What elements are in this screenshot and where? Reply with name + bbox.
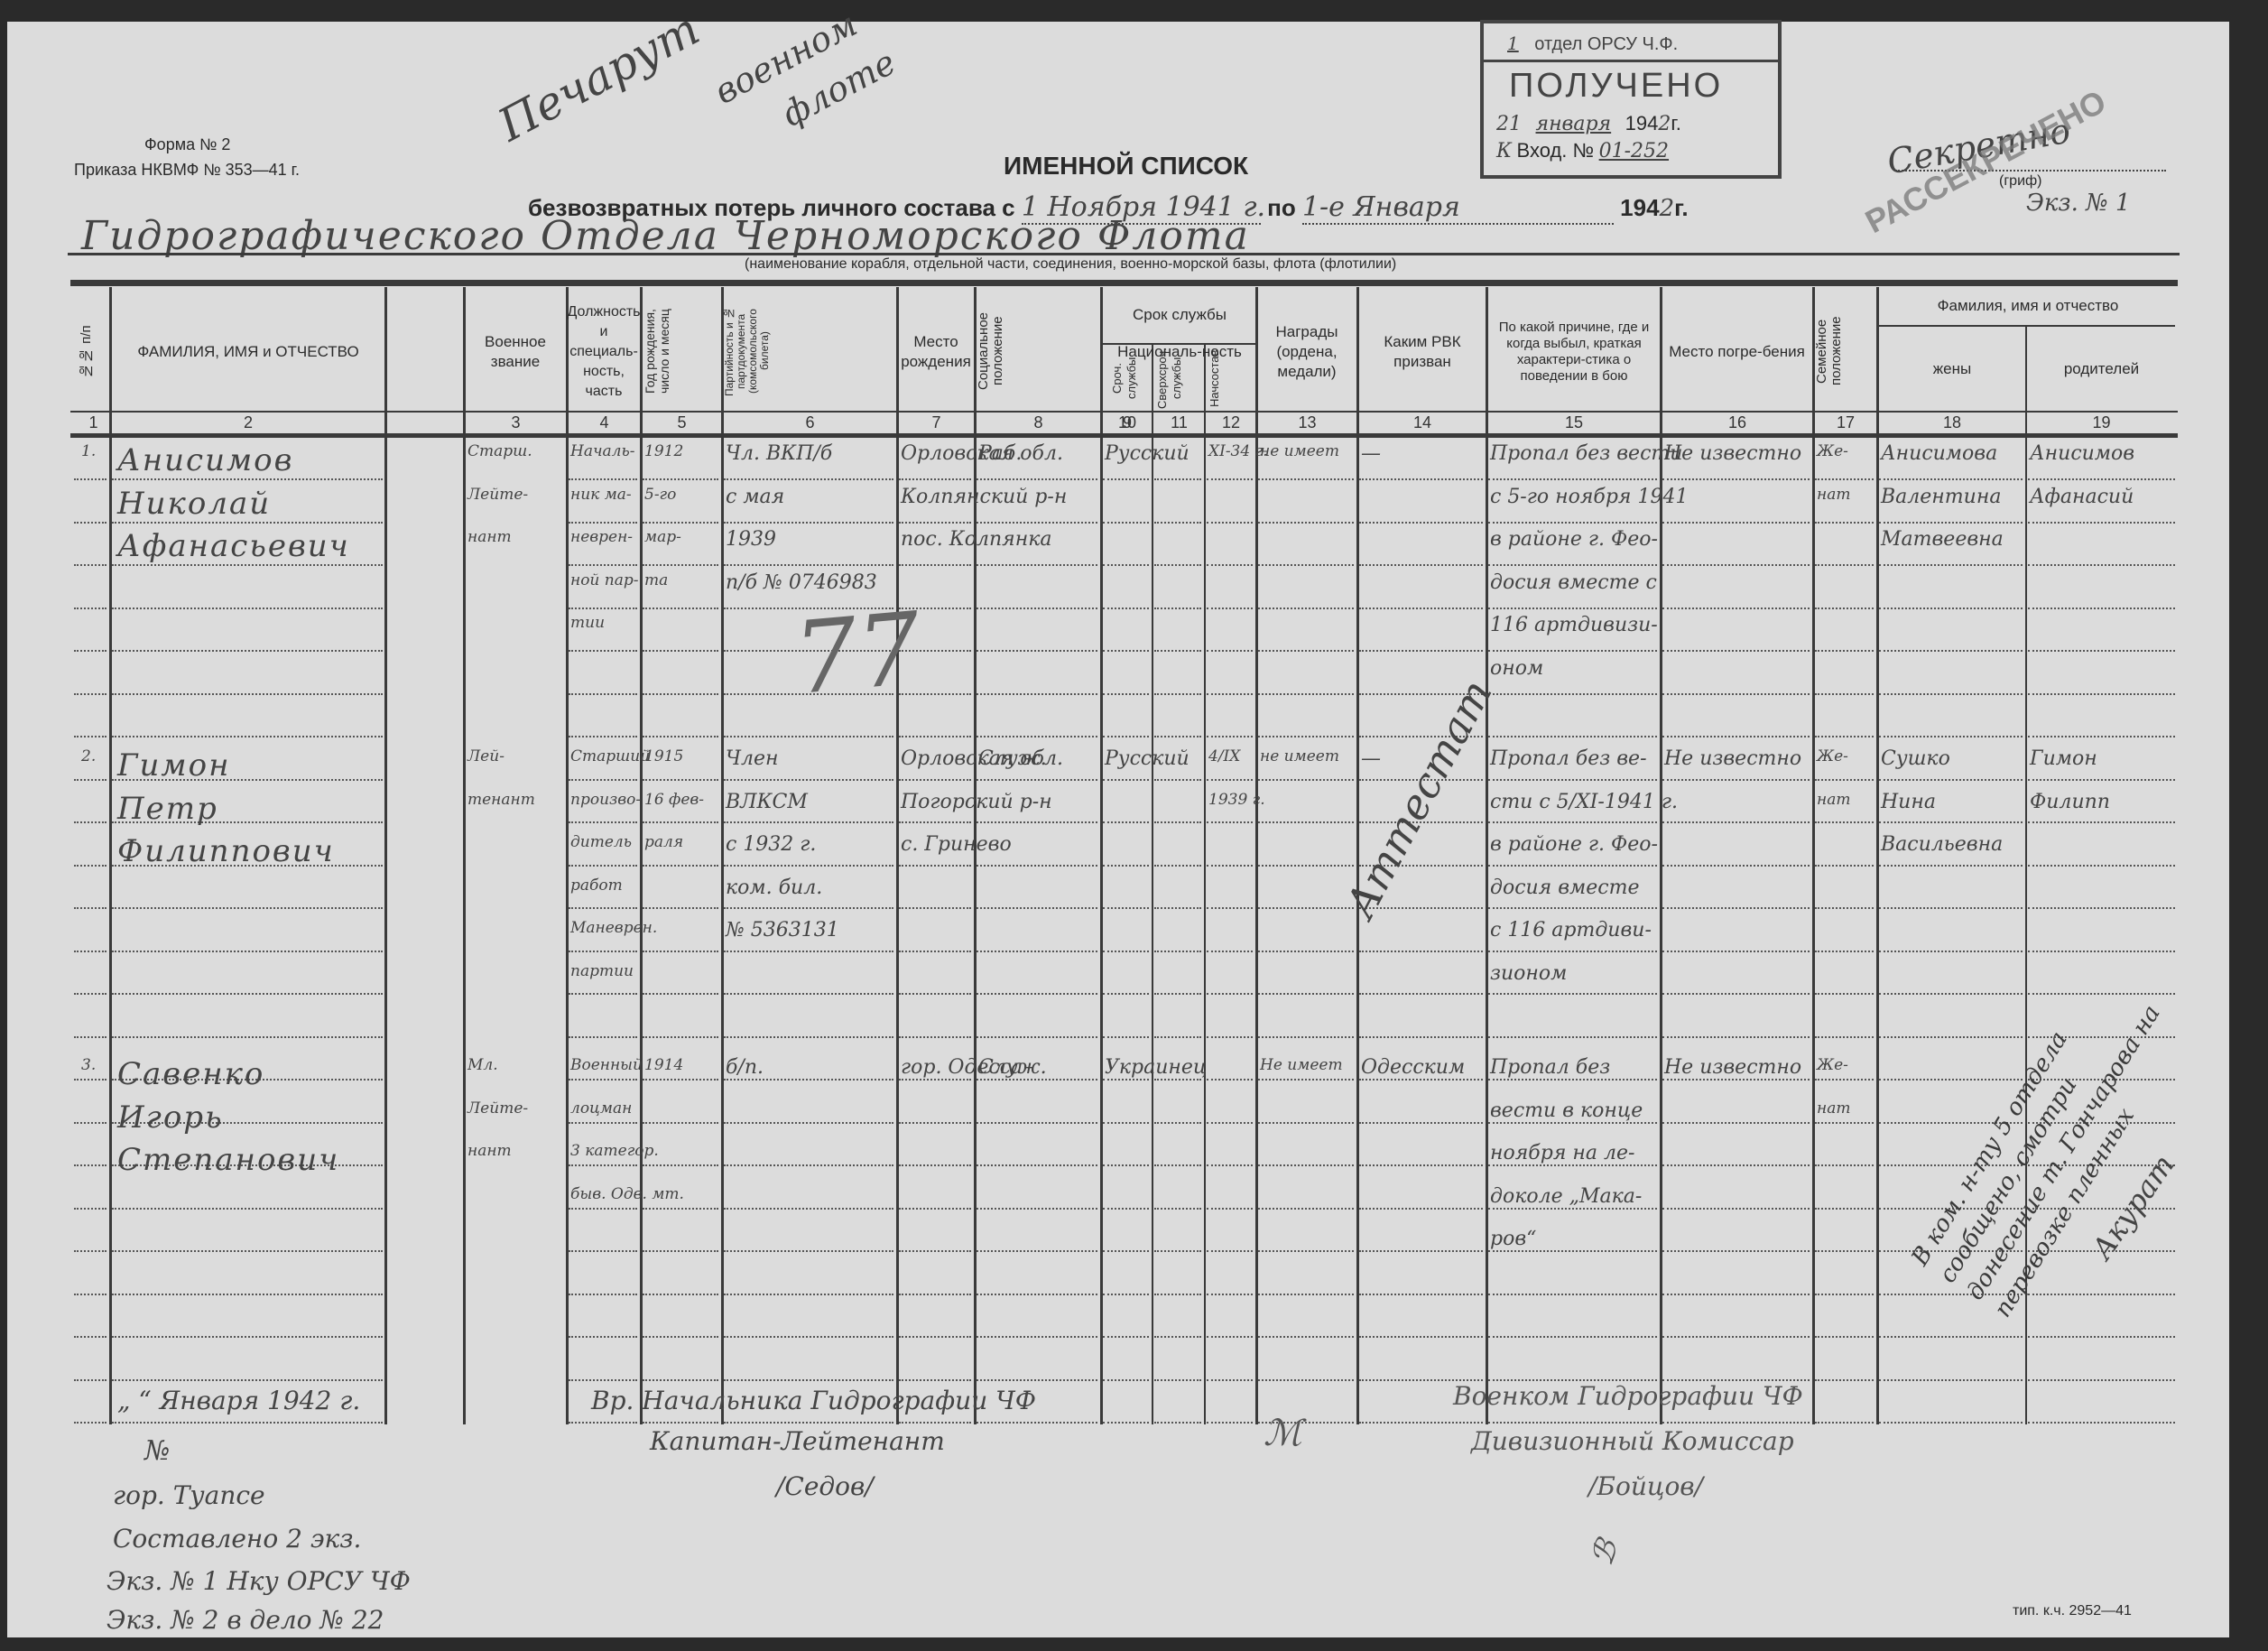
ruled-line — [569, 1336, 637, 1340]
page-title: ИМЕННОЙ СПИСОК — [1004, 152, 1248, 181]
ruled-line — [1815, 650, 1874, 654]
ruled-line — [724, 1294, 893, 1297]
ruled-line — [1879, 1379, 2023, 1383]
cell-position: тии — [570, 614, 605, 632]
ruled-line — [977, 1294, 1097, 1297]
ruled-line — [899, 1336, 971, 1340]
ruled-line — [1815, 907, 1874, 911]
ruled-line — [569, 1036, 637, 1040]
cell-rvk: — — [1361, 442, 1381, 465]
ruled-line — [112, 1036, 383, 1040]
ruled-line — [1815, 1422, 1874, 1425]
ruled-line — [899, 736, 971, 739]
stamp-year: 194 — [1625, 112, 1659, 134]
footer-copy-1: Экз. № 1 Нку ОРСУ ЧФ — [106, 1566, 411, 1596]
ruled-line — [1488, 1336, 1657, 1340]
ruled-line — [1359, 951, 1483, 954]
ruled-line — [1488, 1250, 1657, 1254]
signer1-title: Вр. Начальника Гидрографии ЧФ — [591, 1386, 1036, 1415]
col-num: 19 — [2028, 413, 2175, 433]
ruled-line — [1488, 1079, 1657, 1082]
ruled-line — [1662, 821, 1810, 825]
ruled-line — [1815, 478, 1874, 482]
ruled-line — [1154, 693, 1201, 697]
ruled-line — [724, 779, 893, 783]
ruled-line — [724, 1122, 893, 1126]
ruled-line — [899, 865, 971, 868]
ruled-line — [1662, 564, 1810, 568]
signer1-signature: ℳ — [1264, 1413, 1302, 1454]
ruled-line — [112, 478, 383, 482]
cell-family-status: нат — [1817, 791, 1850, 809]
cell-position: ной пар- — [570, 571, 639, 589]
ruled-line — [1103, 564, 1149, 568]
ruled-line — [1662, 478, 1810, 482]
ruled-line — [977, 779, 1097, 783]
ruled-line — [1662, 650, 1810, 654]
cell-rank: Мл. — [467, 1056, 498, 1074]
cell-wife: Анисимова — [1881, 442, 1997, 465]
ruled-line — [977, 1079, 1097, 1082]
ruled-line — [643, 907, 718, 911]
ruled-line — [977, 993, 1097, 997]
ruled-line — [1258, 478, 1354, 482]
ruled-line — [1207, 993, 1253, 997]
ruled-line — [899, 779, 971, 783]
header-family-group: Фамилия, имя и отчество — [1879, 289, 2177, 323]
ruled-line — [977, 608, 1097, 611]
cell-reason: ров“ — [1490, 1228, 1536, 1250]
cell-position: Военный — [570, 1056, 643, 1074]
col-num: 16 — [1662, 413, 1812, 433]
ruled-line — [1154, 522, 1201, 525]
ruled-line — [1488, 779, 1657, 783]
ruled-line — [1154, 1208, 1201, 1211]
ruled-line — [1488, 693, 1657, 697]
header-col-2: ФАМИЛИЯ, ИМЯ и ОТЧЕСТВО — [113, 298, 384, 406]
ruled-line — [1103, 478, 1149, 482]
ruled-line — [569, 865, 637, 868]
ruled-line — [1879, 821, 2023, 825]
ruled-line — [1488, 951, 1657, 954]
ruled-line — [1154, 1379, 1201, 1383]
ruled-line — [643, 1164, 718, 1168]
ruled-line — [569, 907, 637, 911]
signer2-rank: Дивизионный Комиссар — [1471, 1426, 1794, 1456]
to-label: по — [1267, 194, 1296, 221]
ruled-line — [1879, 1036, 2023, 1040]
ruled-line — [2028, 608, 2175, 611]
unit-underline — [68, 253, 2180, 255]
ruled-line — [724, 478, 893, 482]
ruled-line — [112, 1336, 383, 1340]
ruled-line — [899, 821, 971, 825]
ruled-line — [899, 1422, 971, 1425]
cell-awards: Не имеет — [1260, 1056, 1343, 1074]
ruled-line — [1207, 951, 1253, 954]
cell-wife: Нина — [1881, 791, 1936, 813]
ruled-line — [2028, 1294, 2175, 1297]
stamp-department: отдел ОРСУ Ч.Ф. — [1534, 34, 1678, 54]
ruled-line — [1207, 1422, 1253, 1425]
ruled-line — [977, 478, 1097, 482]
cell-rvk: Одесским — [1361, 1056, 1465, 1079]
ruled-line — [74, 951, 106, 954]
cell-reason: зионом — [1490, 962, 1567, 985]
col-num: 14 — [1359, 413, 1486, 433]
ruled-line — [1103, 1122, 1149, 1126]
ruled-line — [2028, 1379, 2175, 1383]
ruled-line — [1103, 779, 1149, 783]
header-col-16: Место погре-бения — [1662, 298, 1811, 406]
col-num: 4 — [569, 413, 640, 433]
ruled-line — [1879, 478, 2023, 482]
col-num: 7 — [899, 413, 974, 433]
ruled-line — [1815, 608, 1874, 611]
ruled-line — [1154, 1294, 1201, 1297]
ruled-line — [977, 1036, 1097, 1040]
cell-reason: вести в конце — [1490, 1099, 1643, 1122]
cell-parents: Афанасий — [2030, 486, 2134, 508]
ruled-line — [1815, 951, 1874, 954]
ruled-line — [1879, 779, 2023, 783]
ruled-line — [1815, 1079, 1874, 1082]
ruled-line — [977, 1208, 1097, 1211]
ruled-line — [1488, 608, 1657, 611]
ruled-line — [1815, 564, 1874, 568]
ruled-line — [977, 1379, 1097, 1383]
col-num: 10 — [1103, 413, 1152, 433]
ruled-line — [1359, 478, 1483, 482]
cell-party: ВЛКСМ — [726, 791, 808, 813]
ruled-line — [1359, 1422, 1483, 1425]
ruled-line — [569, 1379, 637, 1383]
ruled-line — [1815, 693, 1874, 697]
signer1-rank: Капитан-Лейтенант — [650, 1426, 945, 1456]
ruled-line — [1258, 1036, 1354, 1040]
ruled-line — [2028, 650, 2175, 654]
ruled-line — [1359, 1208, 1483, 1211]
ruled-line — [1207, 821, 1253, 825]
cell-birthplace: пос. Колпянка — [901, 528, 1051, 551]
ruled-line — [643, 1250, 718, 1254]
ruled-line — [1103, 1208, 1149, 1211]
header-col-18: жены — [1879, 329, 2025, 409]
form-number: Форма № 2 — [144, 135, 230, 154]
cell-rank: тенант — [467, 791, 535, 809]
ruled-line — [1258, 1250, 1354, 1254]
ruled-line — [1815, 522, 1874, 525]
ruled-line — [977, 564, 1097, 568]
ruled-line — [74, 608, 106, 611]
ruled-line — [569, 608, 637, 611]
ruled-line — [1258, 522, 1354, 525]
cell-wife: Васильевна — [1881, 833, 2003, 856]
ruled-line — [977, 693, 1097, 697]
print-mark: тип. к.ч. 2952—41 — [2013, 1603, 2132, 1619]
ruled-line — [1258, 1294, 1354, 1297]
ruled-line — [74, 1379, 106, 1383]
ruled-line — [1815, 1036, 1874, 1040]
ruled-line — [1815, 1164, 1874, 1168]
cell-reason: ноября на ле- — [1490, 1142, 1634, 1164]
cell-party: 1939 — [726, 528, 776, 551]
cell-birth: мар- — [644, 528, 681, 546]
cell-birthplace: с. Гринево — [901, 833, 1012, 856]
col-num: 5 — [643, 413, 721, 433]
cell-parents: Филипп — [2030, 791, 2110, 813]
cell-nationality: Украинец — [1105, 1056, 1207, 1079]
ruled-line — [74, 993, 106, 997]
cell-nachsostav: 1939 г. — [1208, 791, 1265, 809]
ruled-line — [1207, 650, 1253, 654]
ruled-line — [1662, 1036, 1810, 1040]
ruled-line — [643, 1422, 718, 1425]
ruled-line — [1258, 907, 1354, 911]
ruled-line — [643, 1036, 718, 1040]
ruled-line — [1488, 564, 1657, 568]
ruled-line — [977, 1164, 1097, 1168]
cell-wife: Валентина — [1881, 486, 2001, 508]
cell-name: Игорь — [117, 1099, 224, 1136]
cell-birth: 5-го — [644, 486, 676, 504]
ruled-line — [1154, 1336, 1201, 1340]
ruled-line — [1662, 1164, 1810, 1168]
ruled-line — [899, 1379, 971, 1383]
cell-social: Служ. — [978, 1056, 1047, 1079]
ruled-line — [74, 1294, 106, 1297]
ruled-line — [112, 736, 383, 739]
ruled-line — [112, 1250, 383, 1254]
cell-nachsostav: 4/IX — [1208, 747, 1240, 765]
cell-birth: 1912 — [644, 442, 683, 460]
ruled-line — [569, 650, 637, 654]
header-col-17: Семейное положение — [1815, 293, 1875, 409]
cell-wife: Матвеевна — [1881, 528, 2004, 551]
ruled-line — [112, 522, 383, 525]
cell-birth: раля — [644, 833, 683, 851]
header-col-19: родителей — [2028, 329, 2175, 409]
ruled-line — [1154, 779, 1201, 783]
header-col-3: Военное звание — [466, 298, 565, 406]
ruled-line — [724, 1164, 893, 1168]
ruled-line — [977, 907, 1097, 911]
cell-name: Филиппович — [117, 833, 335, 869]
col-num: 8 — [977, 413, 1100, 433]
ruled-line — [1359, 1336, 1483, 1340]
ruled-line — [112, 1422, 383, 1425]
cell-num: 3. — [81, 1056, 96, 1074]
ruled-line — [977, 821, 1097, 825]
ruled-line — [1258, 1122, 1354, 1126]
ruled-line — [569, 1122, 637, 1126]
cell-position: лоцман — [570, 1099, 632, 1118]
signer1-name: /Седов/ — [776, 1471, 874, 1501]
cell-name: Анисимов — [117, 442, 293, 478]
cell-party: № 5363131 — [726, 919, 839, 941]
ruled-line — [1103, 1036, 1149, 1040]
ruled-line — [899, 951, 971, 954]
ruled-line — [74, 779, 106, 783]
ruled-line — [1207, 907, 1253, 911]
ruled-line — [1258, 1336, 1354, 1340]
cell-party: с мая — [726, 486, 784, 508]
ruled-line — [74, 478, 106, 482]
cell-parents: Анисимов — [2030, 442, 2134, 465]
ruled-line — [1258, 693, 1354, 697]
ruled-line — [724, 1208, 893, 1211]
year-suffix: 2 — [1660, 195, 1675, 222]
ruled-line — [74, 564, 106, 568]
ruled-line — [1207, 608, 1253, 611]
cell-name: Степанович — [117, 1142, 339, 1178]
cell-reason: Пропал без вести — [1490, 442, 1682, 465]
signer2-title: Военком Гидрографии ЧФ — [1453, 1381, 1803, 1411]
ruled-line — [643, 693, 718, 697]
form-order: Приказа НКВМФ № 353—41 г. — [74, 161, 300, 180]
cell-reason: 116 артдивизи- — [1490, 614, 1658, 636]
ruled-line — [2028, 564, 2175, 568]
ruled-line — [1359, 564, 1483, 568]
ruled-line — [724, 1336, 893, 1340]
ruled-line — [1879, 608, 2023, 611]
footer-copy-2: Экз. № 2 в дело № 22 — [106, 1605, 384, 1635]
cell-party: ком. бил. — [726, 877, 822, 899]
ruled-line — [724, 821, 893, 825]
ruled-line — [74, 1250, 106, 1254]
cell-nationality: Русский — [1105, 747, 1190, 770]
ruled-line — [1488, 478, 1657, 482]
ruled-line — [1258, 1079, 1354, 1082]
ruled-line — [112, 951, 383, 954]
cell-birthplace: Погорский р-н — [901, 791, 1052, 813]
stamp-dept-number: 1 — [1496, 32, 1530, 54]
ruled-line — [1359, 1122, 1483, 1126]
ruled-line — [112, 993, 383, 997]
ruled-line — [1207, 1250, 1253, 1254]
ruled-line — [1103, 736, 1149, 739]
header-col-5: Год рождения, число и месяц — [643, 293, 720, 409]
col-num: 18 — [1879, 413, 2025, 433]
ruled-line — [977, 522, 1097, 525]
header-col-13: Награды (ордена, медали) — [1258, 298, 1356, 406]
cell-burial: Не известно — [1664, 1056, 1801, 1079]
ruled-line — [74, 907, 106, 911]
cell-awards: не имеет — [1260, 442, 1339, 460]
stamp-day: 21 — [1496, 113, 1522, 135]
to-date: 1-е Января — [1302, 191, 1614, 225]
ruled-line — [1103, 693, 1149, 697]
ruled-line — [1662, 1250, 1810, 1254]
col-num: 15 — [1488, 413, 1660, 433]
cell-rank: Лейте- — [467, 1099, 528, 1118]
cell-reason: с 116 артдиви- — [1490, 919, 1652, 941]
ruled-line — [1258, 650, 1354, 654]
ruled-line — [1103, 951, 1149, 954]
ruled-line — [569, 1164, 637, 1168]
ruled-line — [643, 821, 718, 825]
stamp-received-label: ПОЛУЧЕНО — [1509, 67, 1723, 106]
ruled-line — [977, 1122, 1097, 1126]
cell-reason: досия вместе — [1490, 877, 1640, 899]
ruled-line — [1359, 1250, 1483, 1254]
ruled-line — [1488, 736, 1657, 739]
ruled-line — [643, 736, 718, 739]
unit-caption: (наименование корабля, отдельной части, … — [745, 256, 1396, 273]
cell-parents: Гимон — [2030, 747, 2097, 770]
ruled-line — [1154, 736, 1201, 739]
header-col-4: Должность и специаль-ность, часть — [569, 298, 639, 406]
cell-reason: оном — [1490, 657, 1543, 680]
ruled-line — [74, 1079, 106, 1082]
ruled-line — [1103, 1250, 1149, 1254]
cell-party: б/п. — [726, 1056, 764, 1079]
stamp-incoming-label: Вход. № — [1517, 139, 1595, 162]
ruled-line — [1879, 865, 2023, 868]
cell-reason: Пропал без ве- — [1490, 747, 1647, 770]
cell-burial: Не известно — [1664, 747, 1801, 770]
ruled-line — [1359, 1036, 1483, 1040]
cell-party: п/б № 0746983 — [726, 571, 877, 594]
ruled-line — [977, 1422, 1097, 1425]
ruled-line — [2028, 478, 2175, 482]
cell-position: Маневрен. — [570, 919, 657, 937]
ruled-line — [1103, 907, 1149, 911]
ruled-line — [899, 564, 971, 568]
ruled-line — [569, 693, 637, 697]
cell-reason: Пропал без — [1490, 1056, 1610, 1079]
footer-copies: Составлено 2 экз. — [113, 1524, 361, 1554]
col-num: 2 — [112, 413, 384, 433]
ruled-line — [899, 907, 971, 911]
cell-birth: 1915 — [644, 747, 683, 765]
ruled-line — [74, 650, 106, 654]
table-top-rule — [70, 280, 2178, 286]
ruled-line — [1815, 736, 1874, 739]
year-label: г. — [1674, 194, 1688, 221]
cell-rvk: — — [1361, 747, 1381, 770]
ruled-line — [1488, 865, 1657, 868]
ruled-line — [1488, 1208, 1657, 1211]
ruled-line — [569, 478, 637, 482]
ruled-line — [1879, 650, 2023, 654]
ruled-line — [1815, 1336, 1874, 1340]
ruled-line — [899, 1079, 971, 1082]
ruled-line — [1103, 522, 1149, 525]
ruled-line — [977, 1250, 1097, 1254]
ruled-line — [1258, 993, 1354, 997]
ruled-line — [569, 951, 637, 954]
cell-name: Петр — [117, 791, 218, 827]
ruled-line — [724, 907, 893, 911]
ruled-line — [643, 779, 718, 783]
col-num: 3 — [466, 413, 566, 433]
ruled-line — [1662, 736, 1810, 739]
footer-date: „ “ Января 1942 г. — [117, 1386, 360, 1415]
classification-label: (гриф) — [1999, 173, 2042, 190]
ruled-line — [1815, 993, 1874, 997]
cell-family-status: нат — [1817, 486, 1850, 504]
ruled-line — [1662, 1122, 1810, 1126]
ruled-line — [2028, 736, 2175, 739]
ruled-line — [1103, 1164, 1149, 1168]
ruled-line — [1258, 736, 1354, 739]
cell-party: Член — [726, 747, 779, 770]
ruled-line — [1815, 1250, 1874, 1254]
ruled-line — [899, 1294, 971, 1297]
ruled-line — [724, 1422, 893, 1425]
ruled-line — [569, 1079, 637, 1082]
